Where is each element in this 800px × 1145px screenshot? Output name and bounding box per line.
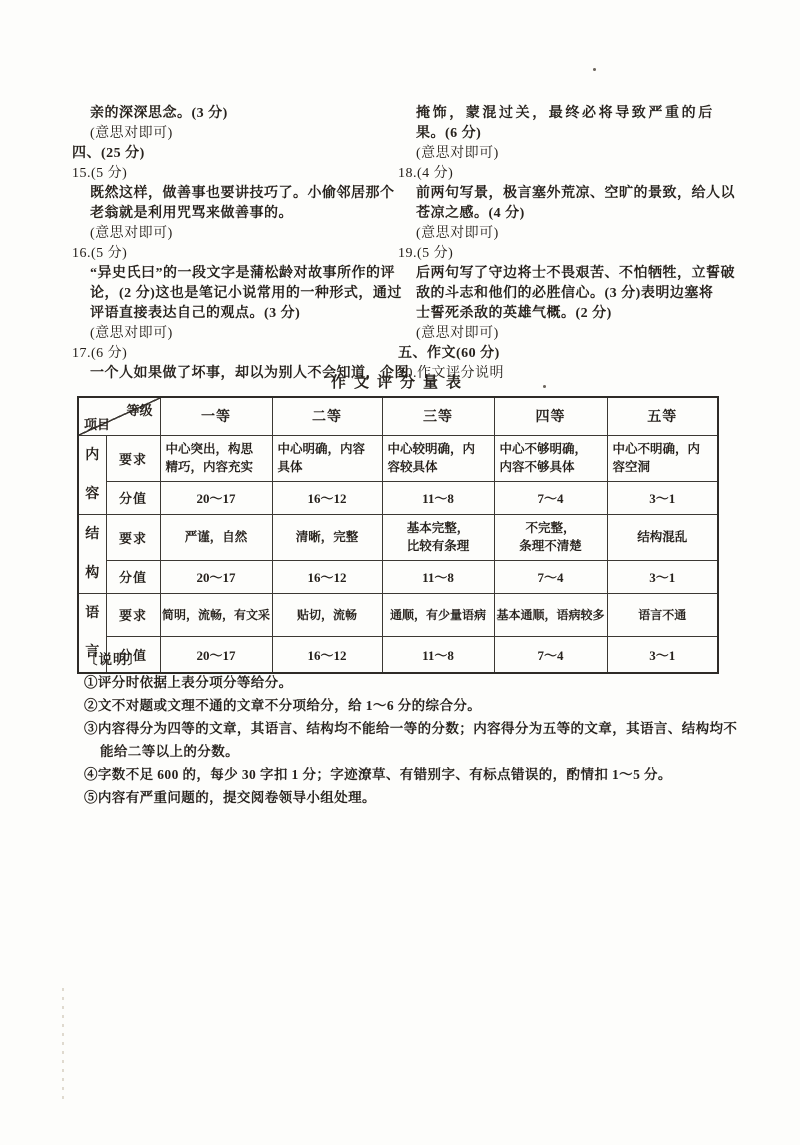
section-heading: 五、作文(60 分) (398, 344, 732, 364)
answer-line: 评语直接表达自己的观点。(3 分) (72, 304, 390, 324)
answer-line: 掩饰，蒙混过关，最终必将导致严重的后 (398, 104, 732, 124)
note-item: ②文不对题或文理不通的文章不分项给分，给 1～6 分的综合分。 (84, 694, 764, 717)
row-sub-label: 要求 (106, 514, 160, 561)
answer-line: “异史氏曰”的一段文字是蒲松龄对故事所作的评 (72, 264, 390, 284)
table-cell: 3～1 (607, 482, 718, 514)
section-heading: 四、(25 分) (72, 144, 390, 164)
row-group-label: 结构 (78, 514, 106, 593)
note-item: ⑤内容有严重问题的，提交阅卷领导小组处理。 (84, 786, 764, 809)
note-item: ④字数不足 600 的，每少 30 字扣 1 分；字迹潦草、有错别字、有标点错误… (84, 763, 764, 786)
table-cell: 中心突出，构思 精巧，内容充实 (160, 435, 272, 482)
answer-line: 苍凉之感。(4 分) (398, 204, 732, 224)
note-item-continuation: 能给二等以上的分数。 (84, 740, 764, 763)
answer-line: 前两句写景，极言塞外荒凉、空旷的景致，给人以 (398, 184, 732, 204)
question-number-line: 18.(4 分) (398, 164, 732, 184)
table-cell: 清晰，完整 (272, 514, 382, 561)
row-group-label: 内容 (78, 435, 106, 514)
table-cell: 中心明确，内容 具体 (272, 435, 382, 482)
scoring-table: 等级 项目 一等 二等 三等 四等 五等 内容 要求 中心突出，构思 精巧，内容… (77, 396, 719, 674)
notes-header: 〔说明〕 (84, 648, 764, 671)
answer-line: 果。(6 分) (398, 124, 732, 144)
answer-line: 老翁就是利用咒骂来做善事的。 (72, 204, 390, 224)
table-cell: 基本通顺，语病较多 (494, 593, 607, 637)
question-number-line: 15.(5 分) (72, 164, 390, 184)
answer-line: 既然这样，做善事也要讲技巧了。小偷邻居那个 (72, 184, 390, 204)
scan-speck (543, 385, 546, 388)
answer-line: (意思对即可) (398, 224, 732, 244)
table-cell: 20～17 (160, 482, 272, 514)
answer-line: 敌的斗志和他们的必胜信心。(3 分)表明边塞将 (398, 284, 732, 304)
grade-header: 二等 (272, 397, 382, 435)
grade-header: 五等 (607, 397, 718, 435)
table-cell: 3～1 (607, 561, 718, 593)
table-cell: 中心不够明确， 内容不够具体 (494, 435, 607, 482)
table-title: 作文评分量表 (0, 371, 800, 392)
answer-line: 后两句写了守边将士不畏艰苦、不怕牺牲，立誓破 (398, 264, 732, 284)
answer-column-right: 掩饰，蒙混过关，最终必将导致严重的后 果。(6 分) (意思对即可) 18.(4… (398, 104, 732, 384)
row-sub-label: 分值 (106, 561, 160, 593)
table-cell: 中心较明确，内 容较具体 (382, 435, 494, 482)
table-cell: 基本完整， 比较有条理 (382, 514, 494, 561)
question-number-line: 19.(5 分) (398, 244, 732, 264)
row-sub-label: 分值 (106, 482, 160, 514)
corner-header-cell: 等级 项目 (78, 397, 160, 435)
question-number-line: 17.(6 分) (72, 344, 390, 364)
table-cell: 7～4 (494, 561, 607, 593)
answer-line: 亲的深深思念。(3 分) (72, 104, 390, 124)
scan-artifact-line (62, 988, 64, 1102)
table-cell: 通顺，有少量语病 (382, 593, 494, 637)
answer-line: (意思对即可) (398, 324, 732, 344)
table-cell: 简明，流畅，有文采 (160, 593, 272, 637)
table-cell: 不完整， 条理不清楚 (494, 514, 607, 561)
grade-header: 四等 (494, 397, 607, 435)
answer-line: 士誓死杀敌的英雄气概。(2 分) (398, 304, 732, 324)
note-item: ①评分时依据上表分项分等给分。 (84, 671, 764, 694)
table-cell: 16～12 (272, 561, 382, 593)
table-cell: 结构混乱 (607, 514, 718, 561)
grade-header: 三等 (382, 397, 494, 435)
row-sub-label: 要求 (106, 435, 160, 482)
table-cell: 语言不通 (607, 593, 718, 637)
table-cell: 贴切，流畅 (272, 593, 382, 637)
corner-label-grade: 等级 (126, 400, 152, 419)
table-cell: 16～12 (272, 482, 382, 514)
question-number-line: 16.(5 分) (72, 244, 390, 264)
table-cell: 7～4 (494, 482, 607, 514)
answer-line: (意思对即可) (398, 144, 732, 164)
answer-line: 论，(2 分)这也是笔记小说常用的一种形式，通过 (72, 284, 390, 304)
answer-line: (意思对即可) (72, 124, 390, 144)
answer-column-left: 亲的深深思念。(3 分) (意思对即可) 四、(25 分) 15.(5 分) 既… (72, 104, 390, 384)
table-cell: 20～17 (160, 561, 272, 593)
answer-line: (意思对即可) (72, 324, 390, 344)
corner-label-item: 项目 (84, 414, 110, 433)
table-cell: 11～8 (382, 482, 494, 514)
notes-section: 〔说明〕 ①评分时依据上表分项分等给分。 ②文不对题或文理不通的文章不分项给分，… (84, 648, 764, 809)
grade-header: 一等 (160, 397, 272, 435)
note-item: ③内容得分为四等的文章，其语言、结构均不能给一等的分数；内容得分为五等的文章，其… (84, 717, 764, 740)
table-cell: 严谨，自然 (160, 514, 272, 561)
table-cell: 中心不明确，内 容空洞 (607, 435, 718, 482)
table-cell: 11～8 (382, 561, 494, 593)
answer-line: (意思对即可) (72, 224, 390, 244)
row-sub-label: 要求 (106, 593, 160, 637)
scan-speck (593, 68, 596, 71)
